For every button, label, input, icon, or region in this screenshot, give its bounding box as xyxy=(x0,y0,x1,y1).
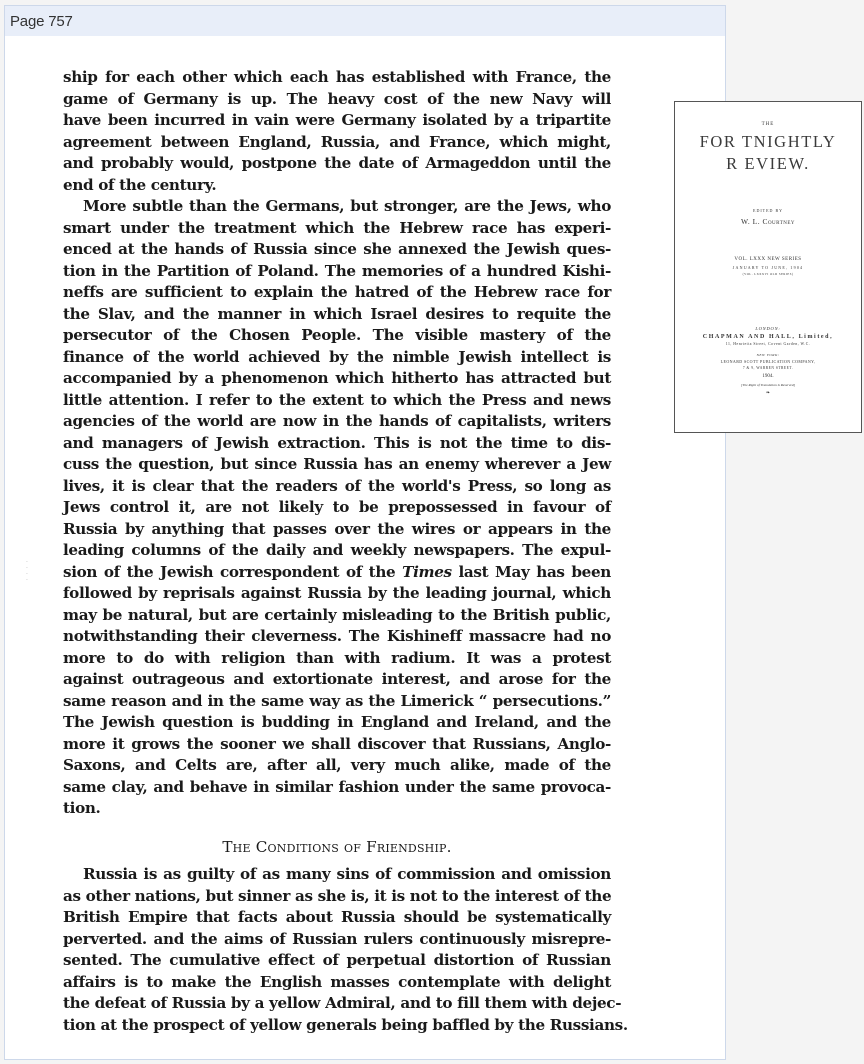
paragraph: More subtle than the Germans, but strong… xyxy=(63,196,611,820)
text-line: tion at the prospect of yellow generals … xyxy=(63,1015,611,1037)
text-line: notwithstanding their cleverness. The Ki… xyxy=(63,626,611,648)
text-line: Saxons, and Celts are, after all, very m… xyxy=(63,755,611,777)
text-line: neffs are sufficient to explain the hatr… xyxy=(63,282,611,304)
text-line: Russia by anything that passes over the … xyxy=(63,519,611,541)
text-line: persecutor of the Chosen People. The vis… xyxy=(63,325,611,347)
text-line: sented. The cumulative effect of perpetu… xyxy=(63,950,611,972)
thumb-year: 1904. xyxy=(675,374,861,379)
text-line: the defeat of Russia by a yellow Admiral… xyxy=(63,993,611,1015)
thumb-the: THE xyxy=(675,122,861,127)
thumb-us-publisher: LEONARD SCOTT PUBLICATION COMPANY, xyxy=(675,359,861,364)
text-line: the Slav, and the manner in which Israel… xyxy=(63,304,611,326)
text-line: same clay, and behave in similar fashion… xyxy=(63,777,611,799)
thumb-new-york: NEW YORK: xyxy=(675,353,861,357)
text-line: ship for each other which each has estab… xyxy=(63,67,611,89)
paragraph: ship for each other which each has estab… xyxy=(63,67,611,196)
text-line: finance of the world achieved by the nim… xyxy=(63,347,611,369)
text-line: Russia is as guilty of as many sins of c… xyxy=(63,864,611,886)
text-line: as other nations, but sinner as she is, … xyxy=(63,886,611,908)
text-line: have been incurred in vain were Germany … xyxy=(63,110,611,132)
thumb-series-note: (VOL. LXXXVI OLD SERIES) xyxy=(675,272,861,276)
text-line: tion. xyxy=(63,798,611,820)
thumb-title-line1: FOR TNIGHTLY xyxy=(675,132,861,152)
text-line: leading columns of the daily and weekly … xyxy=(63,540,611,562)
text-line: may be natural, but are certainly mislea… xyxy=(63,605,611,627)
text-line: little attention. I refer to the extent … xyxy=(63,390,611,412)
thumb-london: LONDON: xyxy=(675,326,861,331)
text-line: enced at the hands of Russia since she a… xyxy=(63,239,611,261)
text-line: The Jewish question is budding in Englan… xyxy=(63,712,611,734)
thumb-title-line2: R EVIEW. xyxy=(675,154,861,174)
text-line: tion in the Partition of Poland. The mem… xyxy=(63,261,611,283)
text-line: lives, it is clear that the readers of t… xyxy=(63,476,611,498)
text-line: More subtle than the Germans, but strong… xyxy=(63,196,611,218)
italic-publication-name: Times xyxy=(402,563,452,581)
thumb-rights: [The Right of Translation is Reserved] xyxy=(675,383,861,387)
text-line: accompanied by a phenomenon which hither… xyxy=(63,368,611,390)
page-number-label: Page 757 xyxy=(10,13,73,30)
text-line: affairs is to make the English masses co… xyxy=(63,972,611,994)
cover-thumbnail[interactable]: THE FOR TNIGHTLY R EVIEW. EDITED BY W. L… xyxy=(674,101,862,433)
text-line: British Empire that facts about Russia s… xyxy=(63,907,611,929)
section-heading: The Conditions of Friendship. xyxy=(63,837,611,859)
text-line: and managers of Jewish extraction. This … xyxy=(63,433,611,455)
text-line: agencies of the world are now in the han… xyxy=(63,411,611,433)
page-header: Page 757 xyxy=(5,6,725,36)
thumb-dates: JANUARY TO JUNE, 1904 xyxy=(675,265,861,270)
margin-annotation-mark: ···· xyxy=(26,560,28,590)
text-line: same reason and in the same way as the L… xyxy=(63,691,611,713)
thumb-us-address: 7 & 9, WARREN STREET. xyxy=(675,366,861,370)
text-line: end of the century. xyxy=(63,175,611,197)
thumb-printer-mark: ❧ xyxy=(675,390,861,396)
text-line: sion of the Jewish correspondent of the … xyxy=(63,562,611,584)
thumb-edited-by: EDITED BY xyxy=(675,208,861,213)
page-body-text: ship for each other which each has estab… xyxy=(63,67,611,1036)
text-line: agreement between England, Russia, and F… xyxy=(63,132,611,154)
text-line: followed by reprisals against Russia by … xyxy=(63,583,611,605)
thumb-address: 11, Henrietta Street, Covent Garden, W.C… xyxy=(675,342,861,346)
text-line: against outrageous and extortionate inte… xyxy=(63,669,611,691)
text-line: cuss the question, but since Russia has … xyxy=(63,454,611,476)
thumb-publisher: CHAPMAN AND HALL, Limited, xyxy=(675,334,861,340)
text-line: game of Germany is up. The heavy cost of… xyxy=(63,89,611,111)
text-line: perverted. and the aims of Russian ruler… xyxy=(63,929,611,951)
thumb-volume: VOL. LXXX NEW SERIES xyxy=(675,257,861,262)
paragraph: Russia is as guilty of as many sins of c… xyxy=(63,864,611,1036)
text-line: more to do with religion than with radiu… xyxy=(63,648,611,670)
text-line: Jews control it, are not likely to be pr… xyxy=(63,497,611,519)
text-line: smart under the treatment which the Hebr… xyxy=(63,218,611,240)
text-line: more it grows the sooner we shall discov… xyxy=(63,734,611,756)
text-line: and probably would, postpone the date of… xyxy=(63,153,611,175)
thumb-editor: W. L. Courtney xyxy=(675,217,861,226)
